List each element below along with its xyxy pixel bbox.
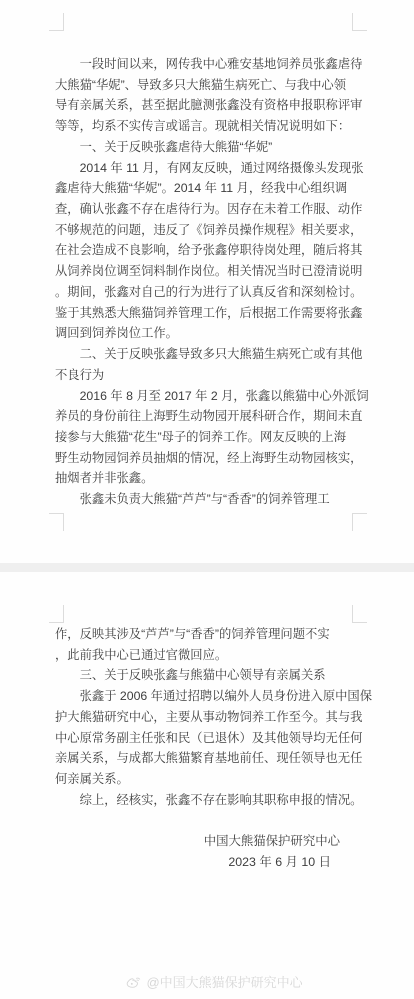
text-line: 养员的身份前往上海野生动物园开展科研合作，期间未直	[55, 406, 367, 427]
text-line: 张鑫未负责大熊猫“芦芦”与“香香”的饲养管理工	[55, 489, 367, 510]
document-text-page-1: 一段时间以来，网传我中心雅安基地饲养员张鑫虐待大熊猫“华妮”、导致多只大熊猫生病…	[55, 54, 367, 510]
text-line: 护大熊猫研究中心，主要从事动物饲养工作至今。其与我	[55, 707, 367, 728]
text-line: 一、关于反映张鑫虐待大熊猫“华妮”	[55, 137, 367, 158]
text-line: 鑫虐待大熊猫“华妮”。2014 年 11 月，经我中心组织调	[55, 178, 367, 199]
watermark-text: @中国大熊猫保护研究中心	[146, 972, 302, 991]
text-boundary-mark-top-left	[49, 605, 64, 623]
weibo-icon	[125, 975, 141, 989]
text-line: 张鑫于 2006 年通过招聘以编外人员身份进入原中国保	[55, 686, 367, 707]
text-line: 野生动物园饲养员抽烟的情况，经上海野生动物园核实，	[55, 448, 367, 469]
text-boundary-mark-bottom-left	[49, 513, 64, 531]
text-line: 大熊猫“华妮”、导致多只大熊猫生病死亡、与我中心领	[55, 75, 367, 96]
text-line: 在社会造成不良影响，给予张鑫停职待岗处理，随后将其	[55, 240, 367, 261]
text-line: 不够规范的问题，违反了《饲养员操作规程》相关要求，	[55, 220, 367, 241]
signature-organization: 中国大熊猫保护研究中心	[55, 831, 340, 852]
text-line: 导有亲属关系，甚至据此臆测张鑫没有资格申报职称评审	[55, 95, 367, 116]
text-boundary-mark-top-right	[352, 13, 367, 31]
text-line: 2014 年 11 月，有网友反映，通过网络摄像头发现张	[55, 158, 367, 179]
document-text-page-2: 作，反映其涉及“芦芦”与“香香”的饲养管理问题不实，此前我中心已通过官微回应。 …	[55, 624, 367, 810]
text-line: ，此前我中心已通过官微回应。	[55, 645, 367, 666]
page-separator	[0, 563, 414, 572]
text-line: 亲属关系，与成都大熊猫繁育基地前任、现任领导也无任	[55, 748, 367, 769]
text-line: 一段时间以来，网传我中心雅安基地饲养员张鑫虐待	[55, 54, 367, 75]
text-line: 抽烟者并非张鑫。	[55, 468, 367, 489]
text-line: 从饲养岗位调至饲料制作岗位。相关情况当时已澄清说明	[55, 261, 367, 282]
text-line: 二、关于反映张鑫导致多只大熊猫生病死亡或有其他	[55, 344, 367, 365]
text-boundary-mark-bottom-right	[352, 513, 367, 531]
text-line: 等等，均系不实传言或谣言。现就相关情况说明如下：	[55, 116, 367, 137]
text-line: 综上，经核实，张鑫不存在影响其职称申报的情况。	[55, 790, 367, 811]
text-line: 何亲属关系。	[55, 769, 367, 790]
text-line: 三、关于反映张鑫与熊猫中心领导有亲属关系	[55, 665, 367, 686]
text-line: 。期间，张鑫对自己的行为进行了认真反省和深刻检讨。	[55, 282, 367, 303]
text-boundary-mark-top-left	[49, 13, 64, 31]
text-line: 2016 年 8 月至 2017 年 2 月，张鑫以熊猫中心外派饲	[55, 386, 367, 407]
signature-date: 2023 年 6 月 10 日	[55, 852, 331, 873]
text-line: 中心原常务副主任张和民（已退休）及其他领导均无任何	[55, 728, 367, 749]
watermark: @中国大熊猫保护研究中心	[125, 972, 302, 991]
text-line: 调回到饲养岗位工作。	[55, 323, 367, 344]
text-line: 不良行为	[55, 365, 367, 386]
text-line: 接参与大熊猫“花生”母子的饲养工作。网友反映的上海	[55, 427, 367, 448]
text-boundary-mark-top-right	[352, 605, 367, 623]
text-line: 作，反映其涉及“芦芦”与“香香”的饲养管理问题不实	[55, 624, 367, 645]
text-line: 查，确认张鑫不存在虐待行为。因存在未着工作服、动作	[55, 199, 367, 220]
text-line: 鉴于其熟悉大熊猫饲养管理工作，后根据工作需要将张鑫	[55, 303, 367, 324]
